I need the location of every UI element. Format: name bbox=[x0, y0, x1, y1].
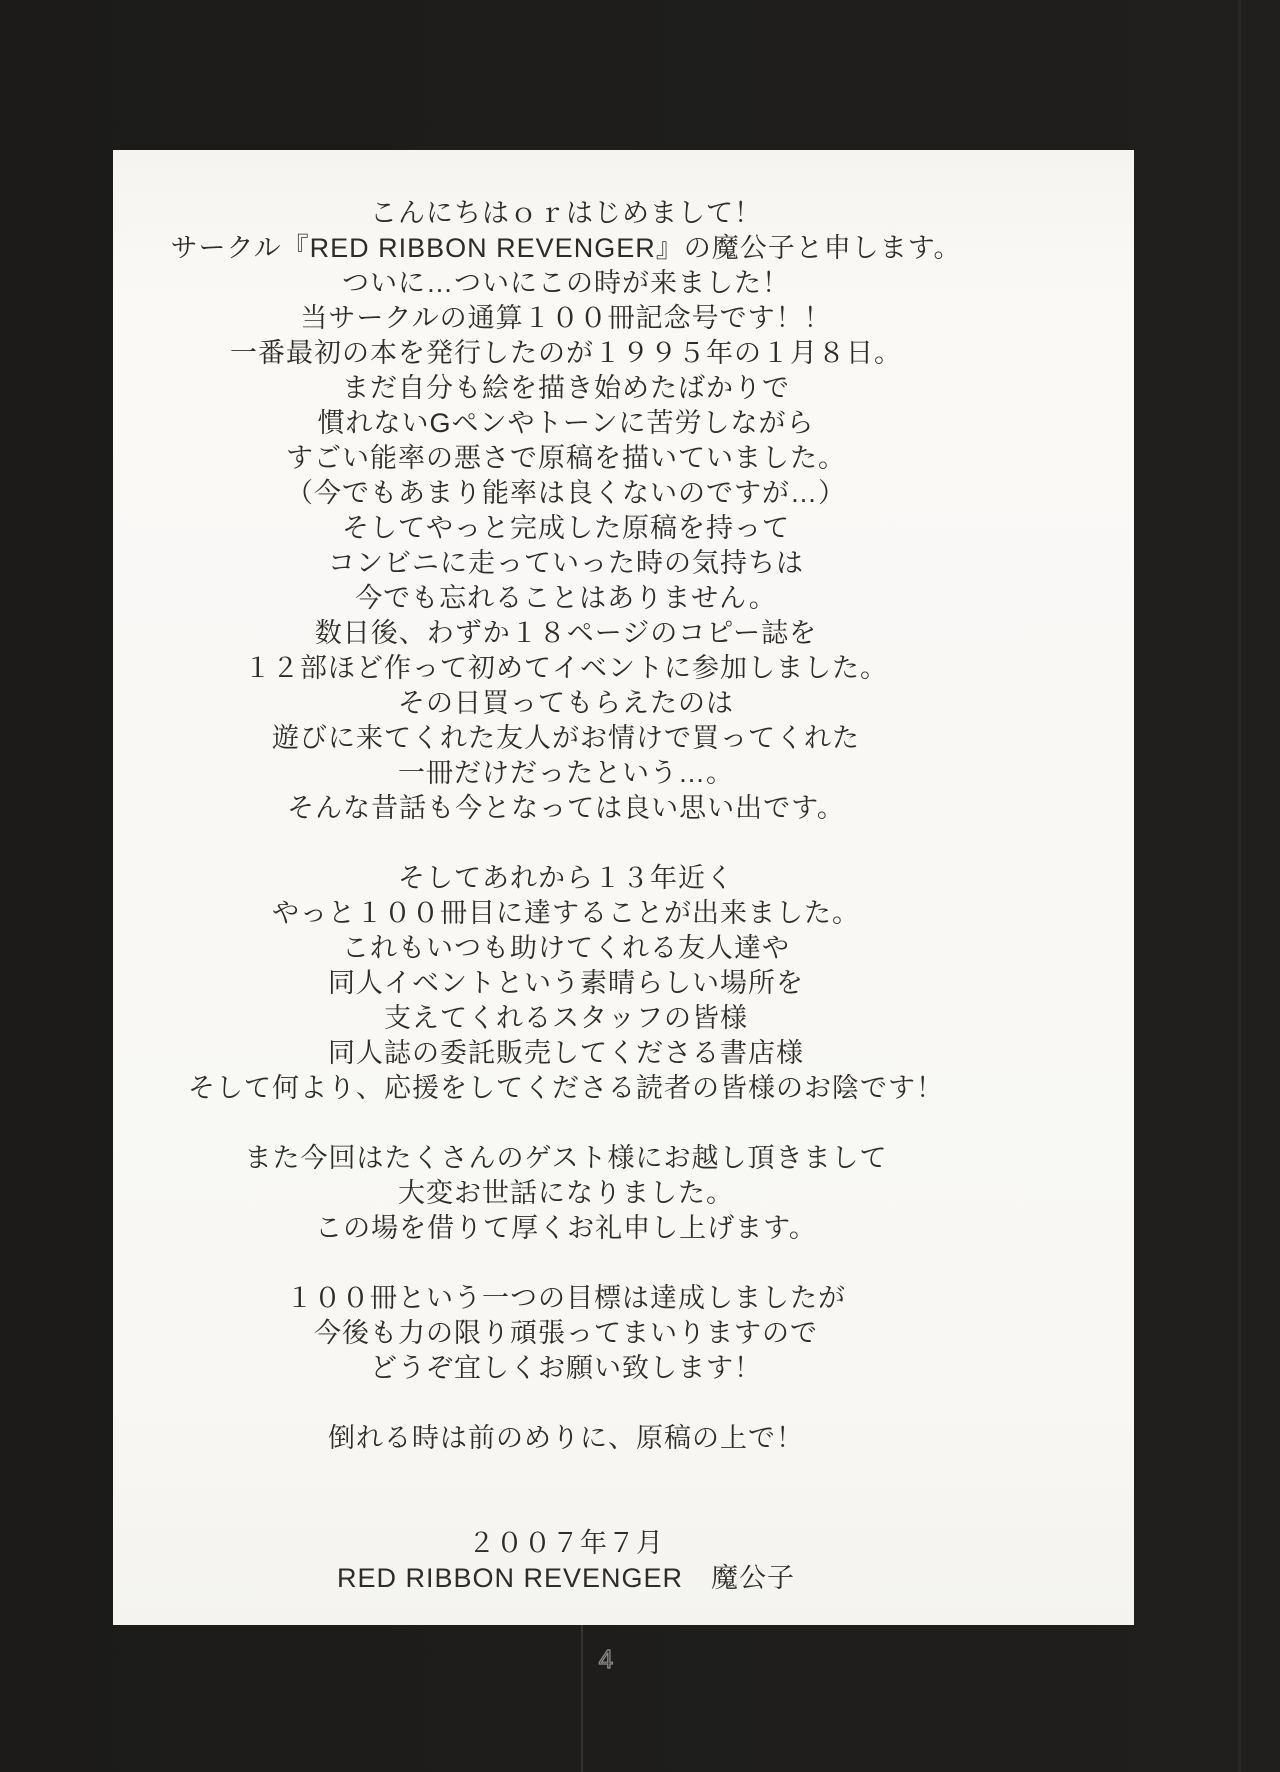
afterword-line: やっと１００冊目に達することが出来ました。 bbox=[113, 896, 1019, 931]
afterword-line: 同人イベントという素晴らしい場所を bbox=[113, 966, 1019, 1001]
afterword-line: ついに…ついにこの時が来ました！ bbox=[113, 266, 1019, 301]
afterword-paragraph: そしてあれから１３年近くやっと１００冊目に達することが出来ました。これもいつも助… bbox=[113, 861, 1019, 1106]
scanned-page-background: こんにちはｏｒはじめまして！サークル『RED RIBBON REVENGER』の… bbox=[0, 0, 1280, 1772]
afterword-line: まだ自分も絵を描き始めたばかりで bbox=[113, 371, 1019, 406]
afterword-line: 遊びに来てくれた友人がお情けで買ってくれた bbox=[113, 721, 1019, 756]
afterword-line: 大変お世話になりました。 bbox=[113, 1176, 1019, 1211]
afterword-paragraph: ２００７年７月RED RIBBON REVENGER 魔公子 bbox=[113, 1526, 1019, 1596]
afterword-paragraph: また今回はたくさんのゲスト様にお越し頂きまして大変お世話になりました。この場を借… bbox=[113, 1141, 1019, 1246]
afterword-line: 支えてくれるスタッフの皆様 bbox=[113, 1001, 1019, 1036]
afterword-line: そんな昔話も今となっては良い思い出です。 bbox=[113, 791, 1019, 826]
afterword-line: 一冊だけだったという…。 bbox=[113, 756, 1019, 791]
afterword-line: 慣れないGペンやトーンに苦労しながら bbox=[113, 406, 1019, 441]
afterword-line: サークル『RED RIBBON REVENGER』の魔公子と申します。 bbox=[113, 231, 1019, 266]
afterword-line: （今でもあまり能率は良くないのですが…） bbox=[113, 476, 1019, 511]
afterword-paragraph: １００冊という一つの目標は達成しましたが今後も力の限り頑張ってまいりますのでどう… bbox=[113, 1281, 1019, 1386]
afterword-line: コンビニに走っていった時の気持ちは bbox=[113, 546, 1019, 581]
afterword-line: １００冊という一つの目標は達成しましたが bbox=[113, 1281, 1019, 1316]
afterword-paragraph: 倒れる時は前のめりに、原稿の上で！ bbox=[113, 1421, 1019, 1456]
afterword-line: 倒れる時は前のめりに、原稿の上で！ bbox=[113, 1421, 1019, 1456]
afterword-line: すごい能率の悪さで原稿を描いていました。 bbox=[113, 441, 1019, 476]
afterword-line: そして何より、応援をしてくださる読者の皆様のお陰です！ bbox=[113, 1071, 1019, 1106]
afterword-line: また今回はたくさんのゲスト様にお越し頂きまして bbox=[113, 1141, 1019, 1176]
afterword-line: そしてやっと完成した原稿を持って bbox=[113, 511, 1019, 546]
afterword-line: 数日後、わずか１８ページのコピー誌を bbox=[113, 616, 1019, 651]
afterword-paragraph: こんにちはｏｒはじめまして！サークル『RED RIBBON REVENGER』の… bbox=[113, 196, 1019, 826]
afterword-line: ２００７年７月 bbox=[113, 1526, 1019, 1561]
afterword-line: 今でも忘れることはありません。 bbox=[113, 581, 1019, 616]
doujin-afterword-page: こんにちはｏｒはじめまして！サークル『RED RIBBON REVENGER』の… bbox=[113, 150, 1134, 1625]
afterword-line: 今後も力の限り頑張ってまいりますので bbox=[113, 1316, 1019, 1351]
afterword-line: こんにちはｏｒはじめまして！ bbox=[113, 196, 1019, 231]
afterword-line: 同人誌の委託販売してくださる書店様 bbox=[113, 1036, 1019, 1071]
scan-edge-streak bbox=[1238, 0, 1241, 1772]
afterword-line: この場を借りて厚くお礼申し上げます。 bbox=[113, 1211, 1019, 1246]
afterword-line: これもいつも助けてくれる友人達や bbox=[113, 931, 1019, 966]
afterword-line: どうぞ宜しくお願い致します！ bbox=[113, 1351, 1019, 1386]
afterword-text: こんにちはｏｒはじめまして！サークル『RED RIBBON REVENGER』の… bbox=[113, 150, 1019, 1596]
afterword-line: その日買ってもらえたのは bbox=[113, 686, 1019, 721]
afterword-line: RED RIBBON REVENGER 魔公子 bbox=[113, 1561, 1019, 1596]
afterword-line: １２部ほど作って初めてイベントに参加しました。 bbox=[113, 651, 1019, 686]
afterword-line: 一番最初の本を発行したのが１９９５年の１月８日。 bbox=[113, 336, 1019, 371]
afterword-line: 当サークルの通算１００冊記念号です！！ bbox=[113, 301, 1019, 336]
page-number: 4 bbox=[578, 1644, 634, 1674]
afterword-line: そしてあれから１３年近く bbox=[113, 861, 1019, 896]
